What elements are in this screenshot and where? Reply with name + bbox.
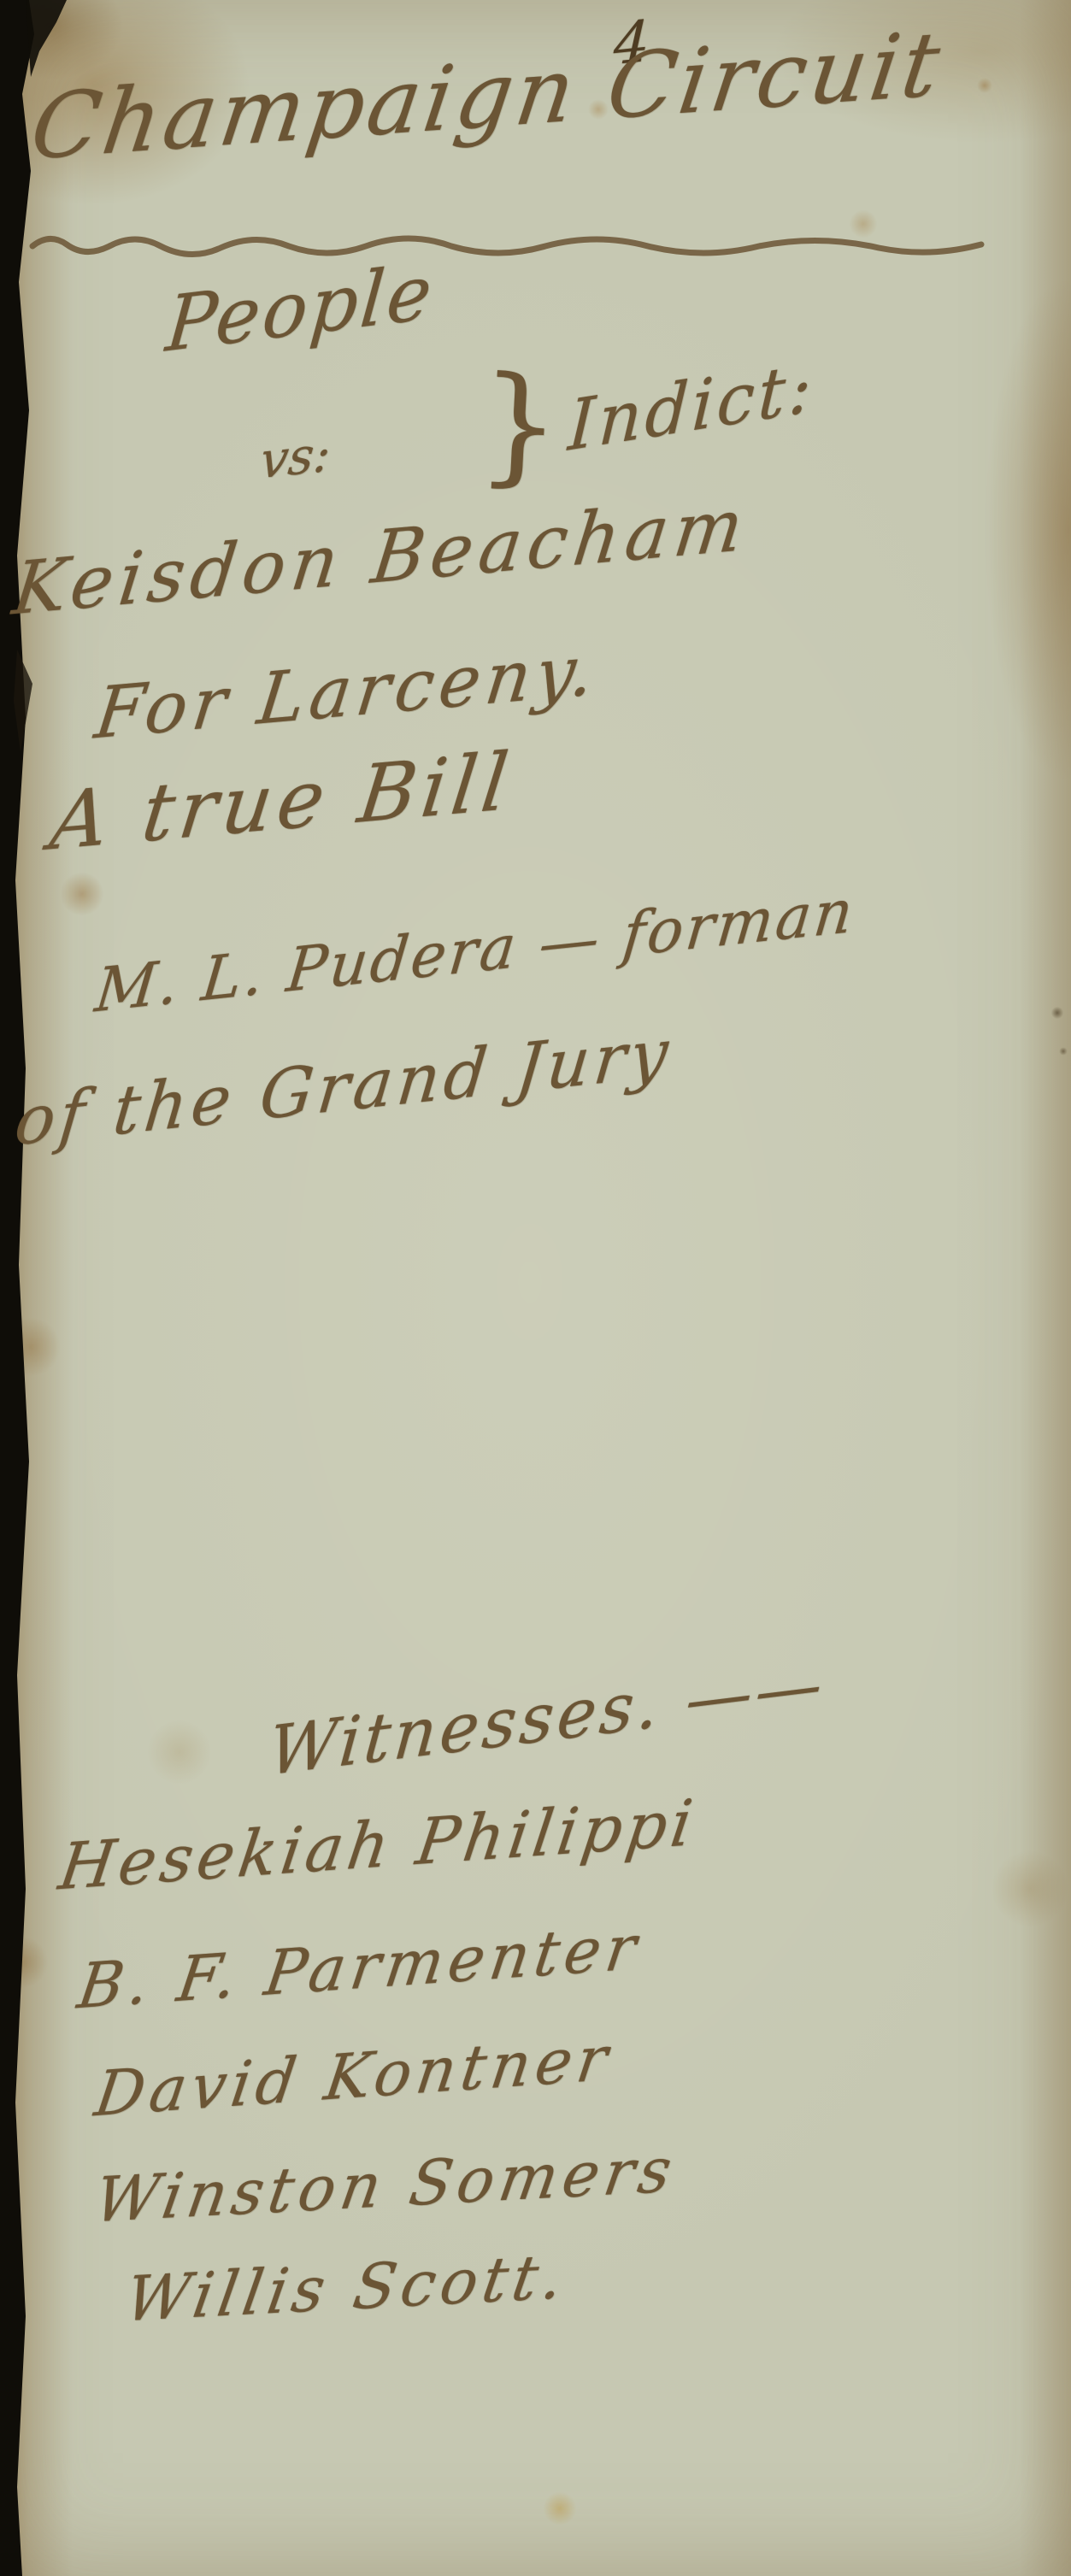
witness-name: B. F. Parmenter bbox=[74, 1911, 645, 2023]
foreman-signature: M. L. Pudera — forman bbox=[92, 875, 859, 1026]
manuscript-page: 4 Champaign Circuit People vs: } Indict:… bbox=[0, 0, 1071, 2576]
witness-name: Hesekiah Philippi bbox=[55, 1785, 701, 1904]
plaintiff-text: People bbox=[162, 247, 438, 369]
foreman-title: of the Grand Jury bbox=[11, 1015, 675, 1162]
header-title: Champaign Circuit bbox=[25, 11, 949, 180]
brace-mark: } bbox=[474, 349, 563, 502]
witness-name: David Kontner bbox=[91, 2021, 617, 2130]
witnesses-heading: Witnesses. —— bbox=[266, 1644, 828, 1791]
witness-name: Winston Somers bbox=[90, 2133, 681, 2236]
indictment-text: Indict: bbox=[567, 346, 817, 467]
witness-name: Willis Scott. bbox=[121, 2240, 573, 2336]
charge-text: For Larceny. bbox=[91, 629, 603, 756]
header-flourish-stroke bbox=[24, 214, 998, 265]
true-bill-text: A true Bill bbox=[45, 735, 518, 868]
versus-text: vs: bbox=[257, 424, 333, 491]
defendant-name: Keisdon Beacham bbox=[9, 482, 754, 632]
binding-edge bbox=[0, 0, 77, 2576]
